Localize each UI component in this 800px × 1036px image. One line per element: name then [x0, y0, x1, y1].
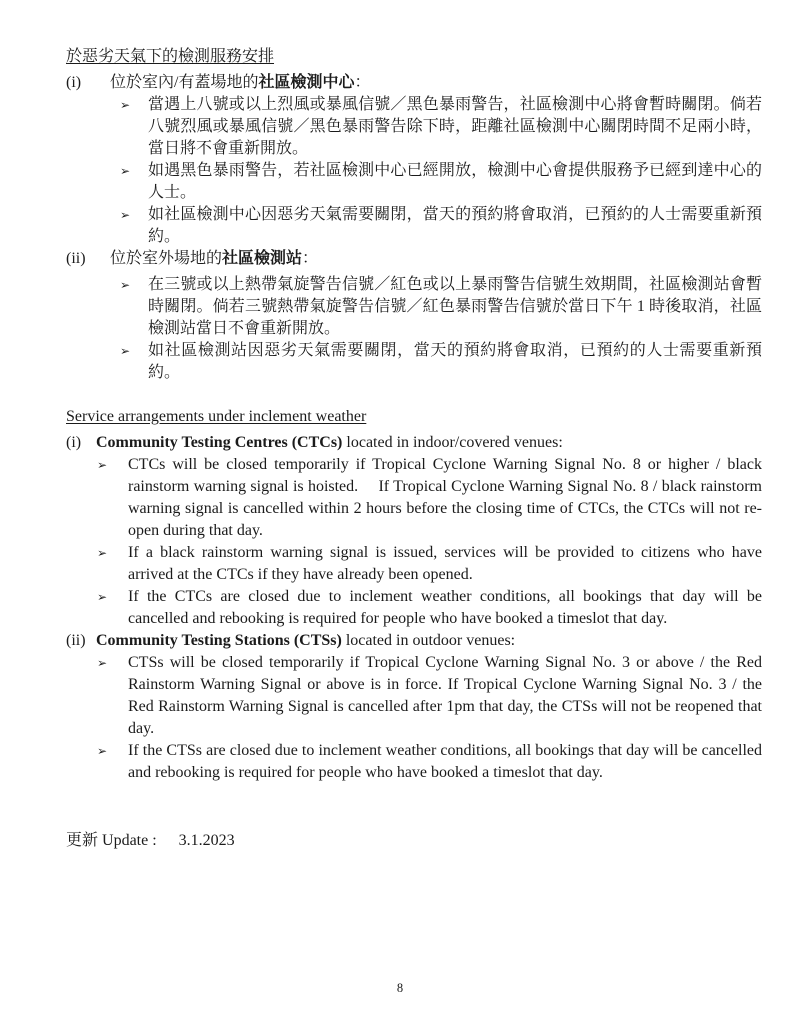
- list-item-zh-2: (ii) 位於室外場地的社區檢測站：: [66, 248, 762, 270]
- bullet-text: 如社區檢測中心因惡劣天氣需要關閉，當天的預約將會取消，已預約的人士需要重新預約。: [148, 204, 762, 248]
- bullet-text: CTCs will be closed temporarily if Tropi…: [128, 454, 762, 542]
- item-label-bold: 社區檢測中心: [258, 74, 354, 91]
- document-page: 於惡劣天氣下的檢測服務安排 (i) 位於室內/有蓋場地的社區檢測中心： ➢ 當遇…: [0, 0, 800, 1036]
- item-label-post: ：: [354, 74, 370, 91]
- list-item-en-2: (ii) Community Testing Stations (CTSs) l…: [66, 630, 762, 652]
- bullet-text: If the CTSs are closed due to inclement …: [128, 740, 762, 784]
- arrow-bullet-icon: ➢: [97, 740, 128, 762]
- item-label: Community Testing Centres (CTCs) located…: [96, 432, 762, 454]
- bullet-row: ➢ CTCs will be closed temporarily if Tro…: [66, 454, 762, 542]
- bullet-text: 如遇黑色暴雨警告，若社區檢測中心已經開放，檢測中心會提供服務予已經到達中心的人士…: [148, 160, 762, 204]
- item-label-pre: 位於室內/有蓋場地的: [110, 74, 258, 91]
- bullet-text: 如社區檢測站因惡劣天氣需要關閉，當天的預約將會取消，已預約的人士需要重新預約。: [148, 340, 762, 384]
- list-item-en-1: (i) Community Testing Centres (CTCs) loc…: [66, 432, 762, 454]
- item-label: 位於室外場地的社區檢測站：: [110, 248, 762, 270]
- bullet-text: CTSs will be closed temporarily if Tropi…: [128, 652, 762, 740]
- item-label: 位於室內/有蓋場地的社區檢測中心：: [110, 72, 762, 94]
- bullet-row: ➢ If the CTSs are closed due to inclemen…: [66, 740, 762, 784]
- item-number: (ii): [66, 248, 110, 270]
- arrow-bullet-icon: ➢: [97, 454, 128, 476]
- item-label-bold: Community Testing Centres (CTCs): [96, 434, 342, 451]
- page-number: 8: [0, 980, 800, 996]
- bullet-row: ➢ 當遇上八號或以上烈風或暴風信號／黑色暴雨警告，社區檢測中心將會暫時關閉。倘若…: [66, 94, 762, 160]
- update-date: 3.1.2023: [179, 832, 235, 849]
- bullet-row: ➢ If a black rainstorm warning signal is…: [66, 542, 762, 586]
- bullet-text: If a black rainstorm warning signal is i…: [128, 542, 762, 586]
- update-label-zh: 更新: [66, 832, 102, 849]
- arrow-bullet-icon: ➢: [120, 204, 148, 226]
- bullet-text: If the CTCs are closed due to inclement …: [128, 586, 762, 630]
- item-label-bold: 社區檢測站: [222, 250, 302, 267]
- heading-en: Service arrangements under inclement wea…: [66, 408, 366, 425]
- item-label-bold: Community Testing Stations (CTSs): [96, 632, 342, 649]
- arrow-bullet-icon: ➢: [120, 160, 148, 182]
- bullet-row: ➢ 如社區檢測站因惡劣天氣需要關閉，當天的預約將會取消，已預約的人士需要重新預約…: [66, 340, 762, 384]
- update-line: 更新 Update : 3.1.2023: [66, 830, 762, 852]
- bullet-row: ➢ 如遇黑色暴雨警告，若社區檢測中心已經開放，檢測中心會提供服務予已經到達中心的…: [66, 160, 762, 204]
- item-number: (i): [66, 432, 96, 454]
- arrow-bullet-icon: ➢: [97, 652, 128, 674]
- item-label-post: located in indoor/covered venues:: [342, 434, 562, 451]
- bullet-row: ➢ 如社區檢測中心因惡劣天氣需要關閉，當天的預約將會取消，已預約的人士需要重新預…: [66, 204, 762, 248]
- heading-zh: 於惡劣天氣下的檢測服務安排: [66, 48, 274, 65]
- item-label: Community Testing Stations (CTSs) locate…: [96, 630, 762, 652]
- item-label-post: located in outdoor venues:: [342, 632, 515, 649]
- bullet-row: ➢ If the CTCs are closed due to inclemen…: [66, 586, 762, 630]
- item-number: (i): [66, 72, 110, 94]
- arrow-bullet-icon: ➢: [120, 274, 148, 296]
- section-en: Service arrangements under inclement wea…: [66, 406, 762, 428]
- bullet-row: ➢ 在三號或以上熱帶氣旋警告信號／紅色或以上暴雨警告信號生效期間，社區檢測站會暫…: [66, 274, 762, 340]
- bullet-text: 當遇上八號或以上烈風或暴風信號／黑色暴雨警告，社區檢測中心將會暫時關閉。倘若八號…: [148, 94, 762, 160]
- item-label-pre: 位於室外場地的: [110, 250, 222, 267]
- bullet-row: ➢ CTSs will be closed temporarily if Tro…: [66, 652, 762, 740]
- arrow-bullet-icon: ➢: [97, 542, 128, 564]
- arrow-bullet-icon: ➢: [120, 340, 148, 362]
- item-number: (ii): [66, 630, 96, 652]
- arrow-bullet-icon: ➢: [120, 94, 148, 116]
- list-item-zh-1: (i) 位於室內/有蓋場地的社區檢測中心：: [66, 72, 762, 94]
- arrow-bullet-icon: ➢: [97, 586, 128, 608]
- bullet-text: 在三號或以上熱帶氣旋警告信號／紅色或以上暴雨警告信號生效期間，社區檢測站會暫時關…: [148, 274, 762, 340]
- item-label-post: ：: [302, 250, 318, 267]
- section-zh: 於惡劣天氣下的檢測服務安排: [66, 46, 762, 68]
- update-label-en: Update :: [102, 832, 157, 849]
